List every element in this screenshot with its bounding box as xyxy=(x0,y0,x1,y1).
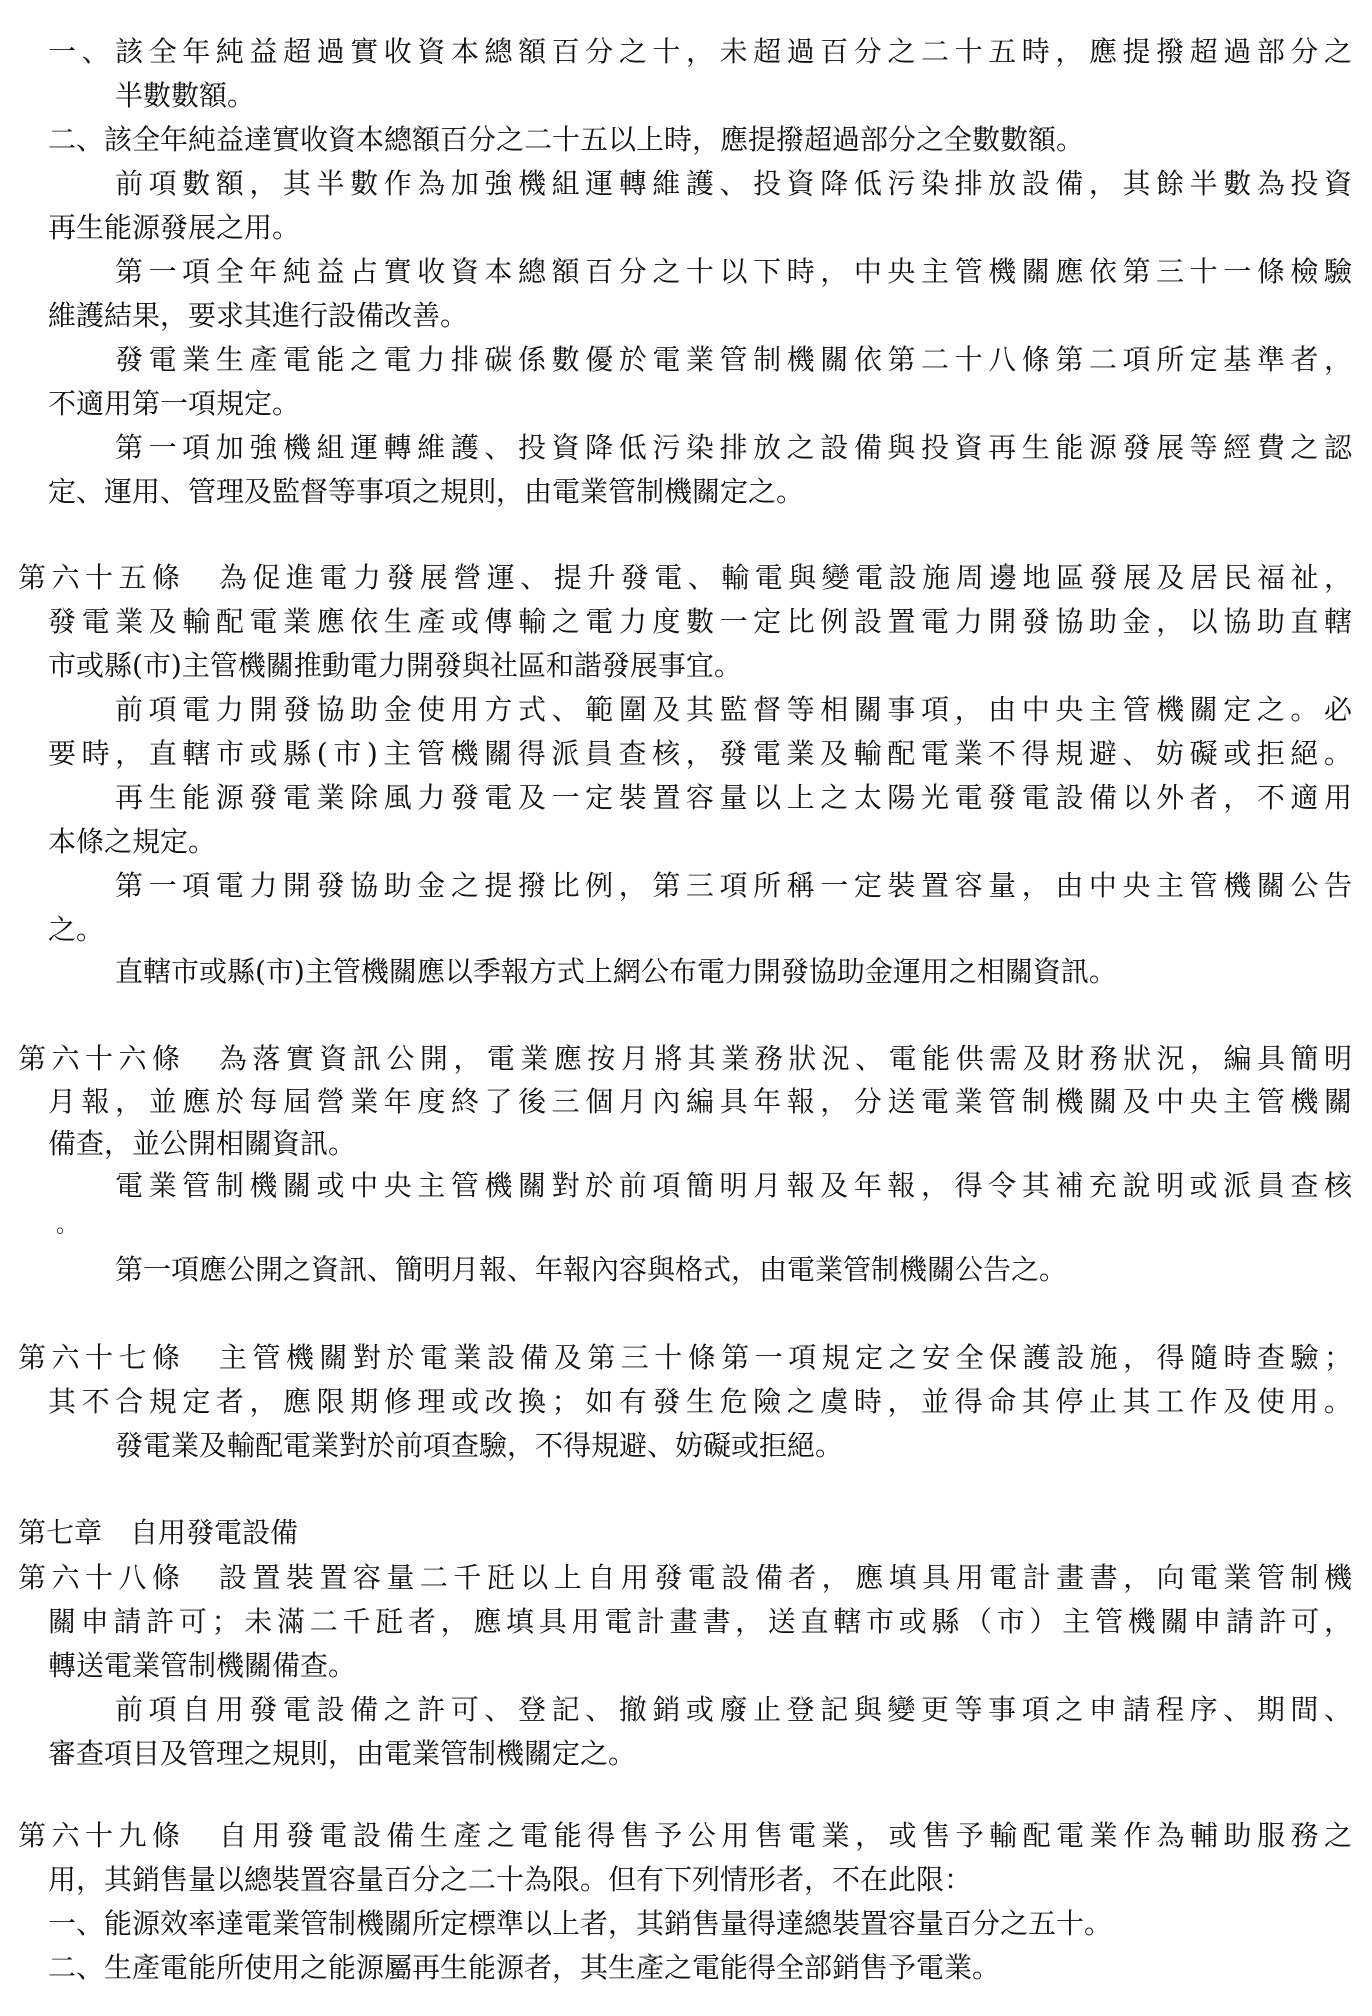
text-line: 二、生產電能所使用之能源屬再生能源者，其生產之電能得全部銷售予電業。 xyxy=(48,1948,1000,1988)
document-page: 一、該全年純益超過實收資本總額百分之十，未超過百分之二十五時，應提撥超過部分之半… xyxy=(0,0,1372,2016)
article-heading-line: 第六十九條 自用發電設備生產之電能得售予公用售電業，或售予輸配電業作為輔助服務之 xyxy=(18,1816,1352,1856)
article-heading-line: 第六十五條 為促進電力發展營運、提升發電、輸電與變電設施周邊地區發展及居民福祉， xyxy=(18,558,1352,598)
text-line: 前項電力開發協助金使用方式、範圍及其監督等相關事項，由中央主管機關定之。必 xyxy=(115,690,1352,730)
text-line: 定、運用、管理及監督等事項之規則，由電業管制機關定之。 xyxy=(48,472,804,512)
text-line: 二、該全年純益達實收資本總額百分之二十五以上時，應提撥超過部分之全數數額。 xyxy=(48,120,1084,160)
text-line: 其不合規定者，應限期修理或改換；如有發生危險之虞時，並得命其停止其工作及使用。 xyxy=(48,1382,1352,1422)
text-line: 要時，直轄市或縣(市)主管機關得派員查核，發電業及輸配電業不得規避、妨礙或拒絕。 xyxy=(48,734,1352,774)
text-line: 發電業及輸配電業應依生產或傳輸之電力度數一定比例設置電力開發協助金，以協助直轄 xyxy=(48,602,1352,642)
text-line: 發電業及輸配電業對於前項查驗，不得規避、妨礙或拒絕。 xyxy=(115,1426,843,1466)
text-line: 備查，並公開相關資訊。 xyxy=(48,1124,356,1164)
text-line: 月報，並應於每屆營業年度終了後三個月內編具年報，分送電業管制機關及中央主管機關 xyxy=(48,1082,1352,1122)
text-line: 關申請許可；未滿二千瓩者，應填具用電計畫書，送直轄市或縣（市）主管機關申請許可， xyxy=(48,1602,1352,1642)
text-line: 。 xyxy=(56,1206,78,1246)
text-line: 直轄市或縣(市)主管機關應以季報方式上網公布電力開發協助金運用之相關資訊。 xyxy=(115,952,1117,992)
text-line: 市或縣(市)主管機關推動電力開發與社區和諧發展事宜。 xyxy=(48,646,742,686)
text-line: 一、該全年純益超過實收資本總額百分之十，未超過百分之二十五時，應提撥超過部分之 xyxy=(48,32,1352,72)
article-heading-line: 第七章 自用發電設備 xyxy=(18,1513,298,1553)
text-line: 第一項全年純益占實收資本總額百分之十以下時，中央主管機關應依第三十一條檢驗 xyxy=(115,252,1352,292)
text-line: 再生能源發展之用。 xyxy=(48,208,300,248)
text-line: 半數數額。 xyxy=(115,76,255,116)
text-line: 第一項加強機組運轉維護、投資降低污染排放之設備與投資再生能源發展等經費之認 xyxy=(115,428,1352,468)
article-heading-line: 第六十六條 為落實資訊公開，電業應按月將其業務狀況、電能供需及財務狀況，編具簡明 xyxy=(18,1039,1352,1079)
text-line: 發電業生產電能之電力排碳係數優於電業管制機關依第二十八條第二項所定基準者， xyxy=(115,340,1352,380)
text-line: 用，其銷售量以總裝置容量百分之二十為限。但有下列情形者，不在此限： xyxy=(48,1860,972,1900)
text-line: 前項數額，其半數作為加強機組運轉維護、投資降低污染排放設備，其餘半數為投資 xyxy=(115,164,1352,204)
text-line: 本條之規定。 xyxy=(48,822,216,862)
text-line: 轉送電業管制機關備查。 xyxy=(48,1646,356,1686)
text-line: 再生能源發電業除風力發電及一定裝置容量以上之太陽光電發電設備以外者，不適用 xyxy=(115,778,1352,818)
text-line: 審查項目及管理之規則，由電業管制機關定之。 xyxy=(48,1734,636,1774)
article-heading-line: 第六十七條 主管機關對於電業設備及第三十條第一項規定之安全保護設施，得隨時查驗； xyxy=(18,1338,1352,1378)
text-line: 一、能源效率達電業管制機關所定標準以上者，其銷售量得達總裝置容量百分之五十。 xyxy=(48,1904,1112,1944)
text-line: 維護結果，要求其進行設備改善。 xyxy=(48,296,468,336)
text-line: 第一項應公開之資訊、簡明月報、年報內容與格式，由電業管制機關公告之。 xyxy=(115,1250,1067,1290)
text-line: 前項自用發電設備之許可、登記、撤銷或廢止登記與變更等事項之申請程序、期間、 xyxy=(115,1690,1352,1730)
text-line: 電業管制機關或中央主管機關對於前項簡明月報及年報，得令其補充說明或派員查核 xyxy=(115,1166,1352,1206)
text-line: 不適用第一項規定。 xyxy=(48,384,300,424)
text-line: 第一項電力開發協助金之提撥比例，第三項所稱一定裝置容量，由中央主管機關公告 xyxy=(115,866,1352,906)
text-line: 之。 xyxy=(48,910,104,950)
article-heading-line: 第六十八條 設置裝置容量二千瓩以上自用發電設備者，應填具用電計畫書，向電業管制機 xyxy=(18,1558,1352,1598)
